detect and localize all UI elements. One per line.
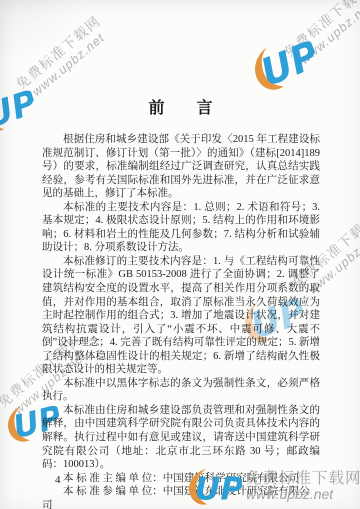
watermark-site-name: 免费标准下载网 [4, 4, 112, 99]
paragraph: 本标准由住房和城乡建设部负责管理和对强制性条文的解释，由中国建筑科学研究院有限公… [42, 404, 320, 472]
watermark-top-left: 免费标准下载网 www.upbz.net [4, 4, 121, 110]
document-body: 前 言 根据住房和城乡建设部《关于印发〈2015 年工程建设标准规范制订、修订计… [42, 95, 320, 509]
upbz-logo-icon [240, 27, 324, 101]
paragraph: 根据住房和城乡建设部《关于印发〈2015 年工程建设标准规范制订、修订计划（第一… [42, 133, 320, 201]
chief-editor-line: 本 标 准 主 编 单 位：中国建筑科学研究院有限公司 [42, 472, 320, 486]
paragraph: 本标准修订的主要技术内容是：1. 与《工程结构可靠性设计统一标准》GB 5015… [42, 255, 320, 377]
watermark-top-right: 免费标准下载网 www.upbz.net [272, 0, 360, 78]
paragraph: 本标准中以黑体字标志的条文为强制性条文，必须严格执行。 [42, 377, 320, 404]
page-number: 4 [55, 474, 61, 486]
paragraph: 本标准的主要技术内容是：1. 总则；2. 术语和符号；3. 基本规定；4. 极限… [42, 201, 320, 255]
co-editor-line: 本 标 准 参 编 单 位：中国建筑东北设计研究院有限公司 [42, 485, 320, 509]
upbz-logo-icon [0, 78, 40, 140]
watermark-site-url: www.upbz.net [284, 0, 360, 78]
document-page: 免费标准下载网 www.upbz.net 免费标准下载网 www.upbz.ne… [0, 0, 360, 509]
page-title: 前 言 [42, 95, 320, 118]
watermark-site-name: 免费标准下载网 [272, 0, 360, 67]
